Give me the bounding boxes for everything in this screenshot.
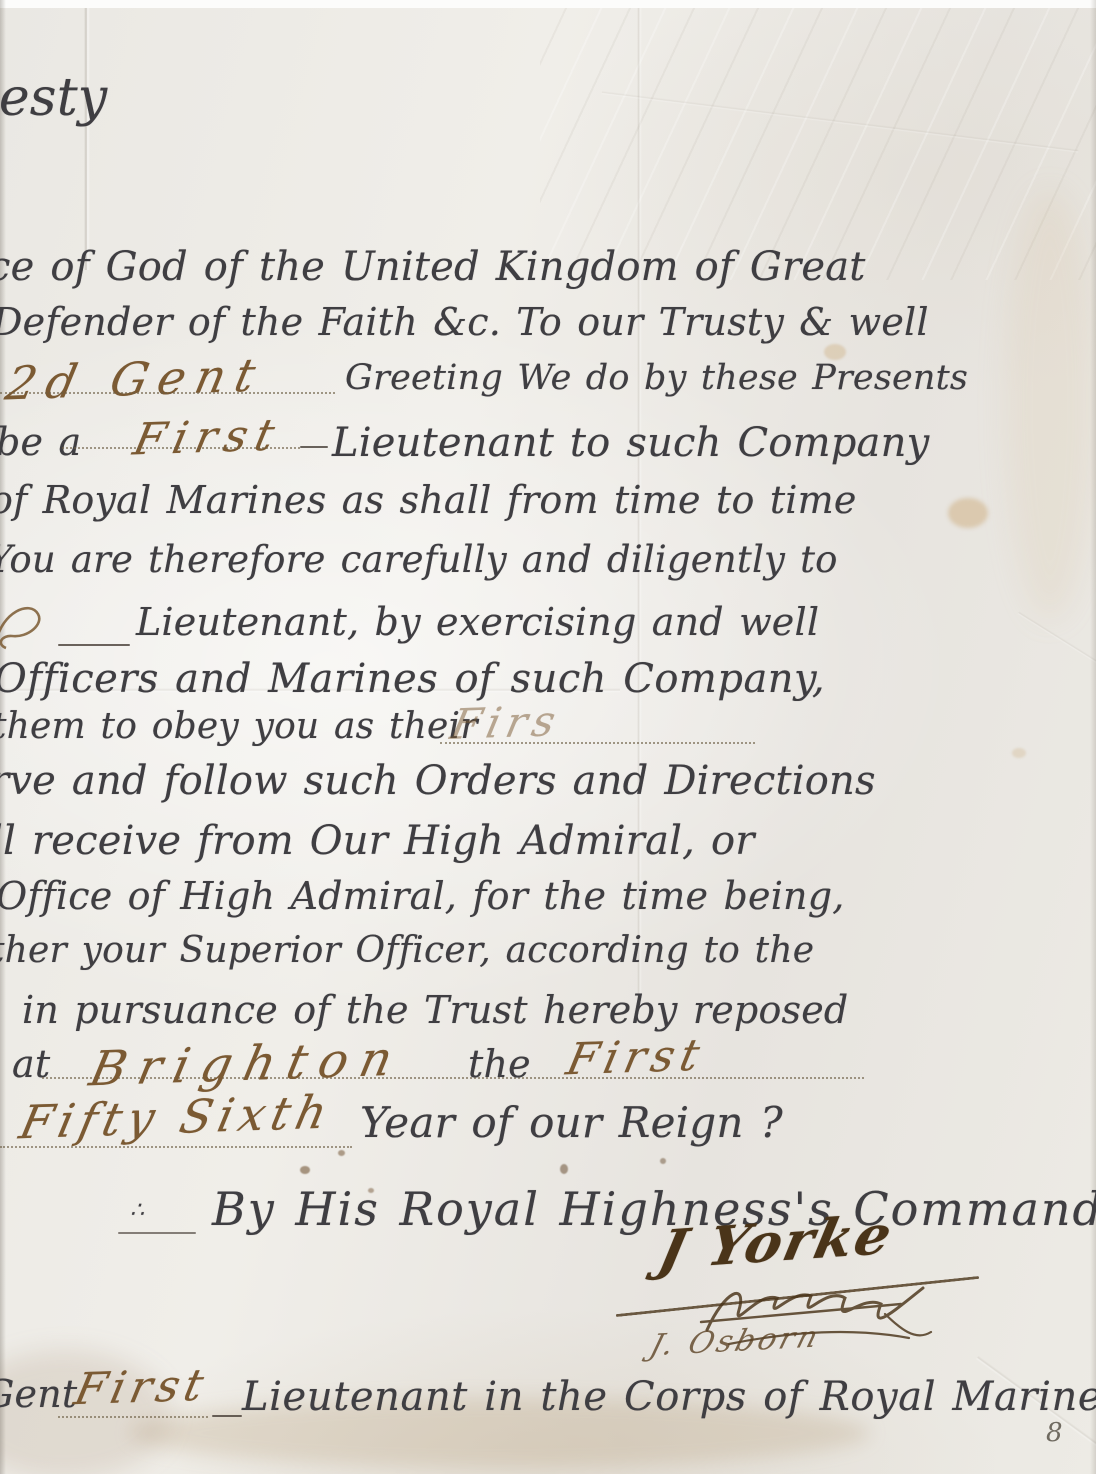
line-gent-bottom: Gent bbox=[0, 1372, 77, 1416]
line-pursuance: in pursuance of the Trust hereby reposed bbox=[22, 988, 848, 1032]
paper-crinkle-texture bbox=[540, 0, 1096, 280]
ink-flourish-icon bbox=[0, 598, 54, 650]
insert-fifty-sixth: Fifty Sixth bbox=[15, 1085, 338, 1150]
ink-speck-2 bbox=[338, 1150, 345, 1156]
line-greeting: Greeting We do by these Presents bbox=[345, 358, 968, 398]
line-exercising: Lieutenant, by exercising and well bbox=[136, 600, 819, 644]
line-orders: rve and follow such Orders and Direction… bbox=[0, 758, 876, 804]
fill-rule-name bbox=[0, 392, 335, 394]
insert-gent: 2d Gent bbox=[1, 348, 270, 411]
ink-speck-4 bbox=[560, 1164, 568, 1174]
line-defender: Defender of the Faith &c. To our Trusty … bbox=[0, 300, 929, 344]
line-grace: ce of God of the United Kingdom of Great bbox=[0, 244, 866, 290]
line-royal-marines: of Royal Marines as shall from time to t… bbox=[0, 478, 857, 522]
fill-rule-obey bbox=[440, 742, 755, 744]
line-officers: Officers and Marines of such Company, bbox=[0, 656, 825, 702]
line-majesty-fragment: iesty bbox=[0, 68, 107, 128]
fox-spot-3 bbox=[1012, 748, 1026, 758]
ink-speck-1 bbox=[300, 1166, 310, 1174]
fill-rule-rank bbox=[62, 447, 300, 449]
fox-spot-1 bbox=[948, 498, 988, 528]
stain-right-tinge bbox=[1005, 190, 1095, 620]
line-receive: ll receive from Our High Admiral, or bbox=[0, 818, 755, 864]
insert-first-faint: Firs bbox=[446, 696, 566, 749]
line-superior: ther your Superior Officer, according to… bbox=[0, 930, 814, 971]
insert-first-rank: First bbox=[129, 409, 287, 465]
page-number: 8 bbox=[1046, 1418, 1063, 1448]
line-therefore: You are therefore carefully and diligent… bbox=[0, 538, 838, 581]
ink-speck-5 bbox=[660, 1158, 666, 1164]
command-prefix-dash bbox=[118, 1232, 196, 1234]
line-be-a: be a bbox=[0, 420, 81, 464]
line-the: the bbox=[468, 1042, 531, 1086]
signature-osborn: J. Osborn bbox=[646, 1320, 825, 1364]
line-lieutenant-company: Lieutenant to such Company bbox=[332, 420, 929, 466]
pen-dash-rank bbox=[300, 446, 328, 448]
line-corps: Lieutenant in the Corps of Royal Marines… bbox=[242, 1374, 1096, 1420]
pen-dash-bottom bbox=[212, 1415, 242, 1417]
paper-edge-right bbox=[1090, 0, 1096, 1474]
line-obey: them to obey you as their bbox=[0, 706, 478, 747]
line-office-admiral: Office of High Admiral, for the time bei… bbox=[0, 874, 845, 918]
crease-right-edge bbox=[1017, 611, 1096, 673]
scan-edge-top bbox=[0, 0, 1096, 8]
document-scan: iesty ce of God of the United Kingdom of… bbox=[0, 0, 1096, 1474]
insert-first-day: First bbox=[562, 1030, 710, 1086]
command-prefix-mark: ∴ bbox=[130, 1198, 144, 1223]
insert-first-bottom: First bbox=[70, 1360, 213, 1416]
line-command: By His Royal Highness's Command. bbox=[212, 1182, 1096, 1236]
fill-rule-rank-bottom bbox=[58, 1416, 208, 1418]
fold-crease-vertical-top bbox=[84, 0, 90, 270]
line-year-reign: Year of our Reign ? bbox=[360, 1098, 783, 1147]
pen-dash-exercising bbox=[58, 644, 130, 646]
line-at: at bbox=[12, 1042, 50, 1086]
